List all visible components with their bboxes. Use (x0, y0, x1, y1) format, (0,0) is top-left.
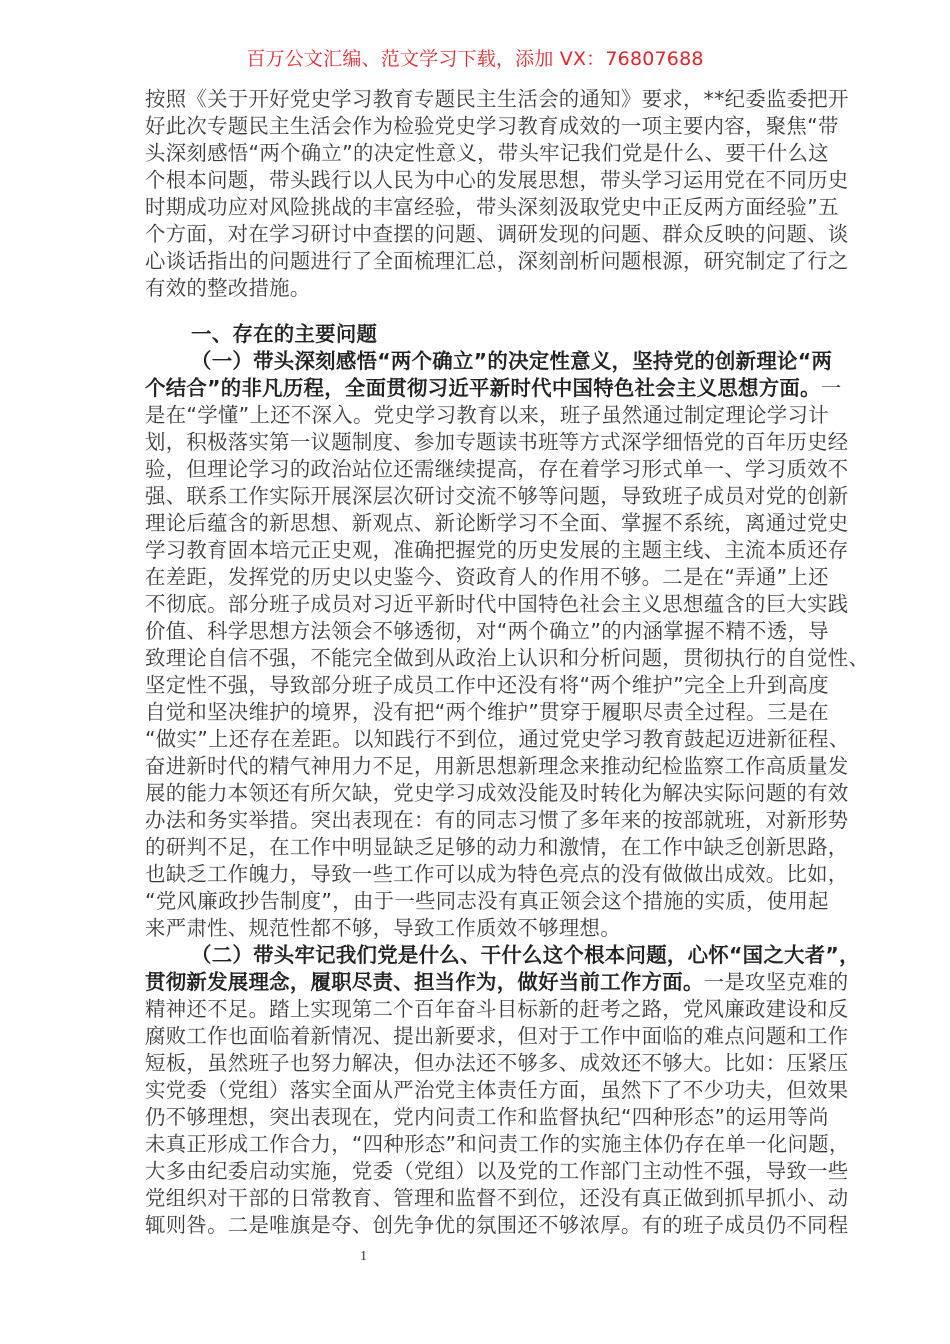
subsection-1-heading-cont: 个结合”的非凡历程，全面贯彻习近平新时代中国特色社会主义思想方面。一 (145, 375, 797, 402)
text-line: 精神还不足。踏上实现第二个百年奋斗目标新的赶考之路，党风廉政建设和反 (145, 996, 797, 1023)
text-line: 腐败工作也面临着新情况、提出新要求，但对于工作中面临的难点问题和工作 (145, 1023, 797, 1050)
text-line: 坚定性不强，导致部分班子成员工作中还没有将“两个维护”完全上升到高度 (145, 672, 797, 699)
text-line: 短板，虽然班子也努力解决，但办法还不够多、成效还不够大。比如：压紧压 (145, 1050, 797, 1077)
text-line: 展的能力本领还有所欠缺，党史学习成效没能及时转化为解决实际问题的有效 (145, 780, 797, 807)
text-line: 不彻底。部分班子成员对习近平新时代中国特色社会主义思想蕴含的巨大实践 (145, 591, 797, 618)
subsection-2: （二）带头牢记我们党是什么、干什么这个根本问题，心怀“国之大者”， 贯彻新发展理… (145, 942, 797, 1239)
subsection-2-heading: （二）带头牢记我们党是什么、干什么这个根本问题，心怀“国之大者”， (145, 942, 797, 969)
text-line: “党风廉政抄告制度”，由于一些同志没有真正领会这个措施的实质，使用起 (145, 888, 797, 915)
text-line: 按照《关于开好党史学习教育专题民主生活会的通知》要求，**纪委监委把开 (145, 86, 797, 113)
paragraph-gap (145, 302, 797, 321)
intro-paragraph: 按照《关于开好党史学习教育专题民主生活会的通知》要求，**纪委监委把开 好此次专… (145, 86, 797, 302)
text-line: 致理论自信不强，不能完全做到从政治上认识和分析问题，贯彻执行的自觉性、 (145, 645, 797, 672)
page-number: 1 (360, 1249, 367, 1265)
text-line: 心谈话指出的问题进行了全面梳理汇总，深刻剖析问题根源，研究制定了行之 (145, 248, 797, 275)
text-line: 划，积极落实第一议题制度、参加专题读书班等方式深学细悟党的百年历史经 (145, 429, 797, 456)
text-line: 自觉和坚决维护的境界，没有把“两个维护”贯穿于履职尽责全过程。三是在 (145, 699, 797, 726)
text-line: 也缺乏工作魄力，导致一些工作可以成为特色亮点的没有做做出成效。比如， (145, 861, 797, 888)
text-line: 奋进新时代的精气神用力不足，用新思想新理念来推动纪检监察工作高质量发 (145, 753, 797, 780)
subsection-2-heading-cont: 贯彻新发展理念，履职尽责、担当作为，做好当前工作方面。一是攻坚克难的 (145, 969, 797, 996)
text-line: 个根本问题，带头践行以人民为中心的发展思想，带头学习运用党在不同历史 (145, 167, 797, 194)
text-line: 辄则咎。二是唯旗是夺、创先争优的氛围还不够浓厚。有的班子成员仍不同程 (145, 1212, 797, 1239)
text-line: 仍不够理想，突出表现在，党内问责工作和监督执纪“四种形态”的运用等尚 (145, 1104, 797, 1131)
text-line: 在差距，发挥党的历史以史鉴今、资政育人的作用不够。二是在“弄通”上还 (145, 564, 797, 591)
document-body: 按照《关于开好党史学习教育专题民主生活会的通知》要求，**纪委监委把开 好此次专… (145, 86, 797, 1239)
text-line: 好此次专题民主生活会作为检验党史学习教育成效的一项主要内容，聚焦“带 (145, 113, 797, 140)
text-line: 时期成功应对风险挑战的丰富经验，带头深刻汲取党史中正反两方面经验”五 (145, 194, 797, 221)
section-heading: 一、存在的主要问题 (145, 321, 797, 348)
document-page: 百万公文汇编、范文学习下载，添加 VX：76807688 按照《关于开好党史学习… (0, 0, 950, 1344)
subsection-1-heading-tail: 个结合”的非凡历程，全面贯彻习近平新时代中国特色社会主义思想方面。 (145, 376, 821, 400)
text-line: 价值、科学思想方法领会不够透彻，对“两个确立”的内涵掌握不精不透，导 (145, 618, 797, 645)
text-line: 理论后蕴含的新思想、新观点、新论断学习不全面、掌握不系统，离通过党史 (145, 510, 797, 537)
text-line: 有效的整改措施。 (145, 275, 797, 302)
subsection-2-heading-tail: 贯彻新发展理念，履职尽责、担当作为，做好当前工作方面。 (145, 970, 704, 994)
text-line: 个方面，对在学习研讨中查摆的问题、调研发现的问题、群众反映的问题、谈 (145, 221, 797, 248)
subsection-1: （一）带头深刻感悟“两个确立”的决定性意义，坚持党的创新理论“两 个结合”的非凡… (145, 348, 797, 942)
text-fragment: 一 (821, 376, 842, 400)
watermark-banner: 百万公文汇编、范文学习下载，添加 VX：76807688 (0, 46, 950, 72)
text-line: 未真正形成工作合力，“四种形态”和问责工作的实施主体仍存在单一化问题， (145, 1131, 797, 1158)
text-line: 大多由纪委启动实施，党委（党组）以及党的工作部门主动性不强，导致一些 (145, 1158, 797, 1185)
text-line: 学习教育固本培元正史观，准确把握党的历史发展的主题主线、主流本质还存 (145, 537, 797, 564)
text-line: 头深刻感悟“两个确立”的决定性意义，带头牢记我们党是什么、要干什么这 (145, 140, 797, 167)
text-line: 的研判不足，在工作中明显缺乏足够的动力和激情，在工作中缺乏创新思路， (145, 834, 797, 861)
text-fragment: 一是攻坚克难的 (704, 970, 849, 994)
text-line: 实党委（党组）落实全面从严治党主体责任方面，虽然下了不少功夫，但效果 (145, 1077, 797, 1104)
text-line: 来严肃性、规范性都不够，导致工作质效不够理想。 (145, 915, 797, 942)
text-line: 办法和务实举措。突出表现在：有的同志习惯了多年来的按部就班，对新形势 (145, 807, 797, 834)
text-line: 是在“学懂”上还不深入。党史学习教育以来，班子虽然通过制定理论学习计 (145, 402, 797, 429)
text-line: 党组织对干部的日常教育、管理和监督不到位，还没有真正做到抓早抓小、动 (145, 1185, 797, 1212)
text-line: 强、联系工作实际开展深层次研讨交流不够等问题，导致班子成员对党的创新 (145, 483, 797, 510)
text-line: “做实”上还存在差距。以知践行不到位，通过党史学习教育鼓起迈进新征程、 (145, 726, 797, 753)
text-line: 验，但理论学习的政治站位还需继续提高，存在着学习形式单一、学习质效不 (145, 456, 797, 483)
subsection-1-heading: （一）带头深刻感悟“两个确立”的决定性意义，坚持党的创新理论“两 (145, 348, 797, 375)
